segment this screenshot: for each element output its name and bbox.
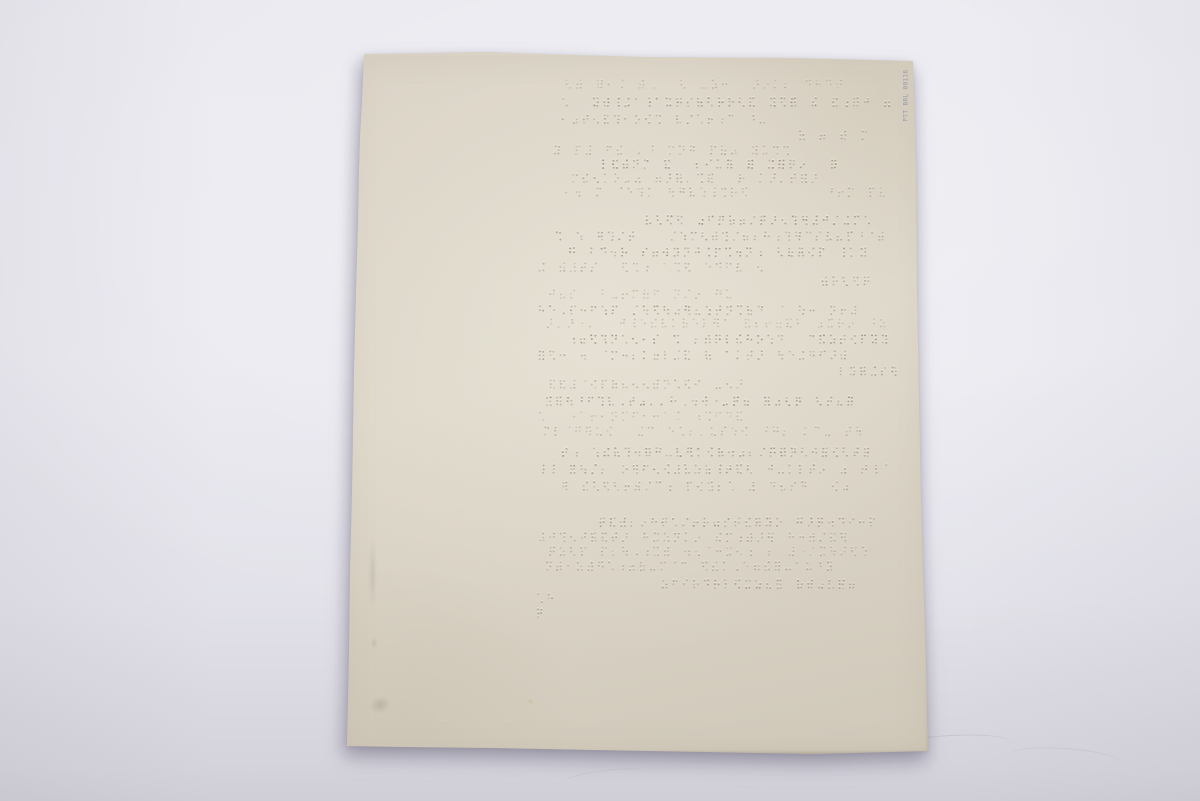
braille-sheet-wrapper: PTT BRL 00116	[344, 52, 930, 754]
smudge-stain	[363, 690, 396, 720]
inventory-stamp: PTT BRL 00116	[902, 66, 911, 126]
smudge-stain	[370, 636, 378, 650]
studio-photo: PTT BRL 00116	[0, 0, 1200, 801]
braille-sheet: PTT BRL 00116	[344, 52, 930, 754]
backdrop-scuff	[1009, 744, 1120, 773]
backdrop-scuff	[559, 765, 650, 793]
smudge-stain	[368, 527, 377, 619]
spot-stain	[526, 698, 535, 705]
